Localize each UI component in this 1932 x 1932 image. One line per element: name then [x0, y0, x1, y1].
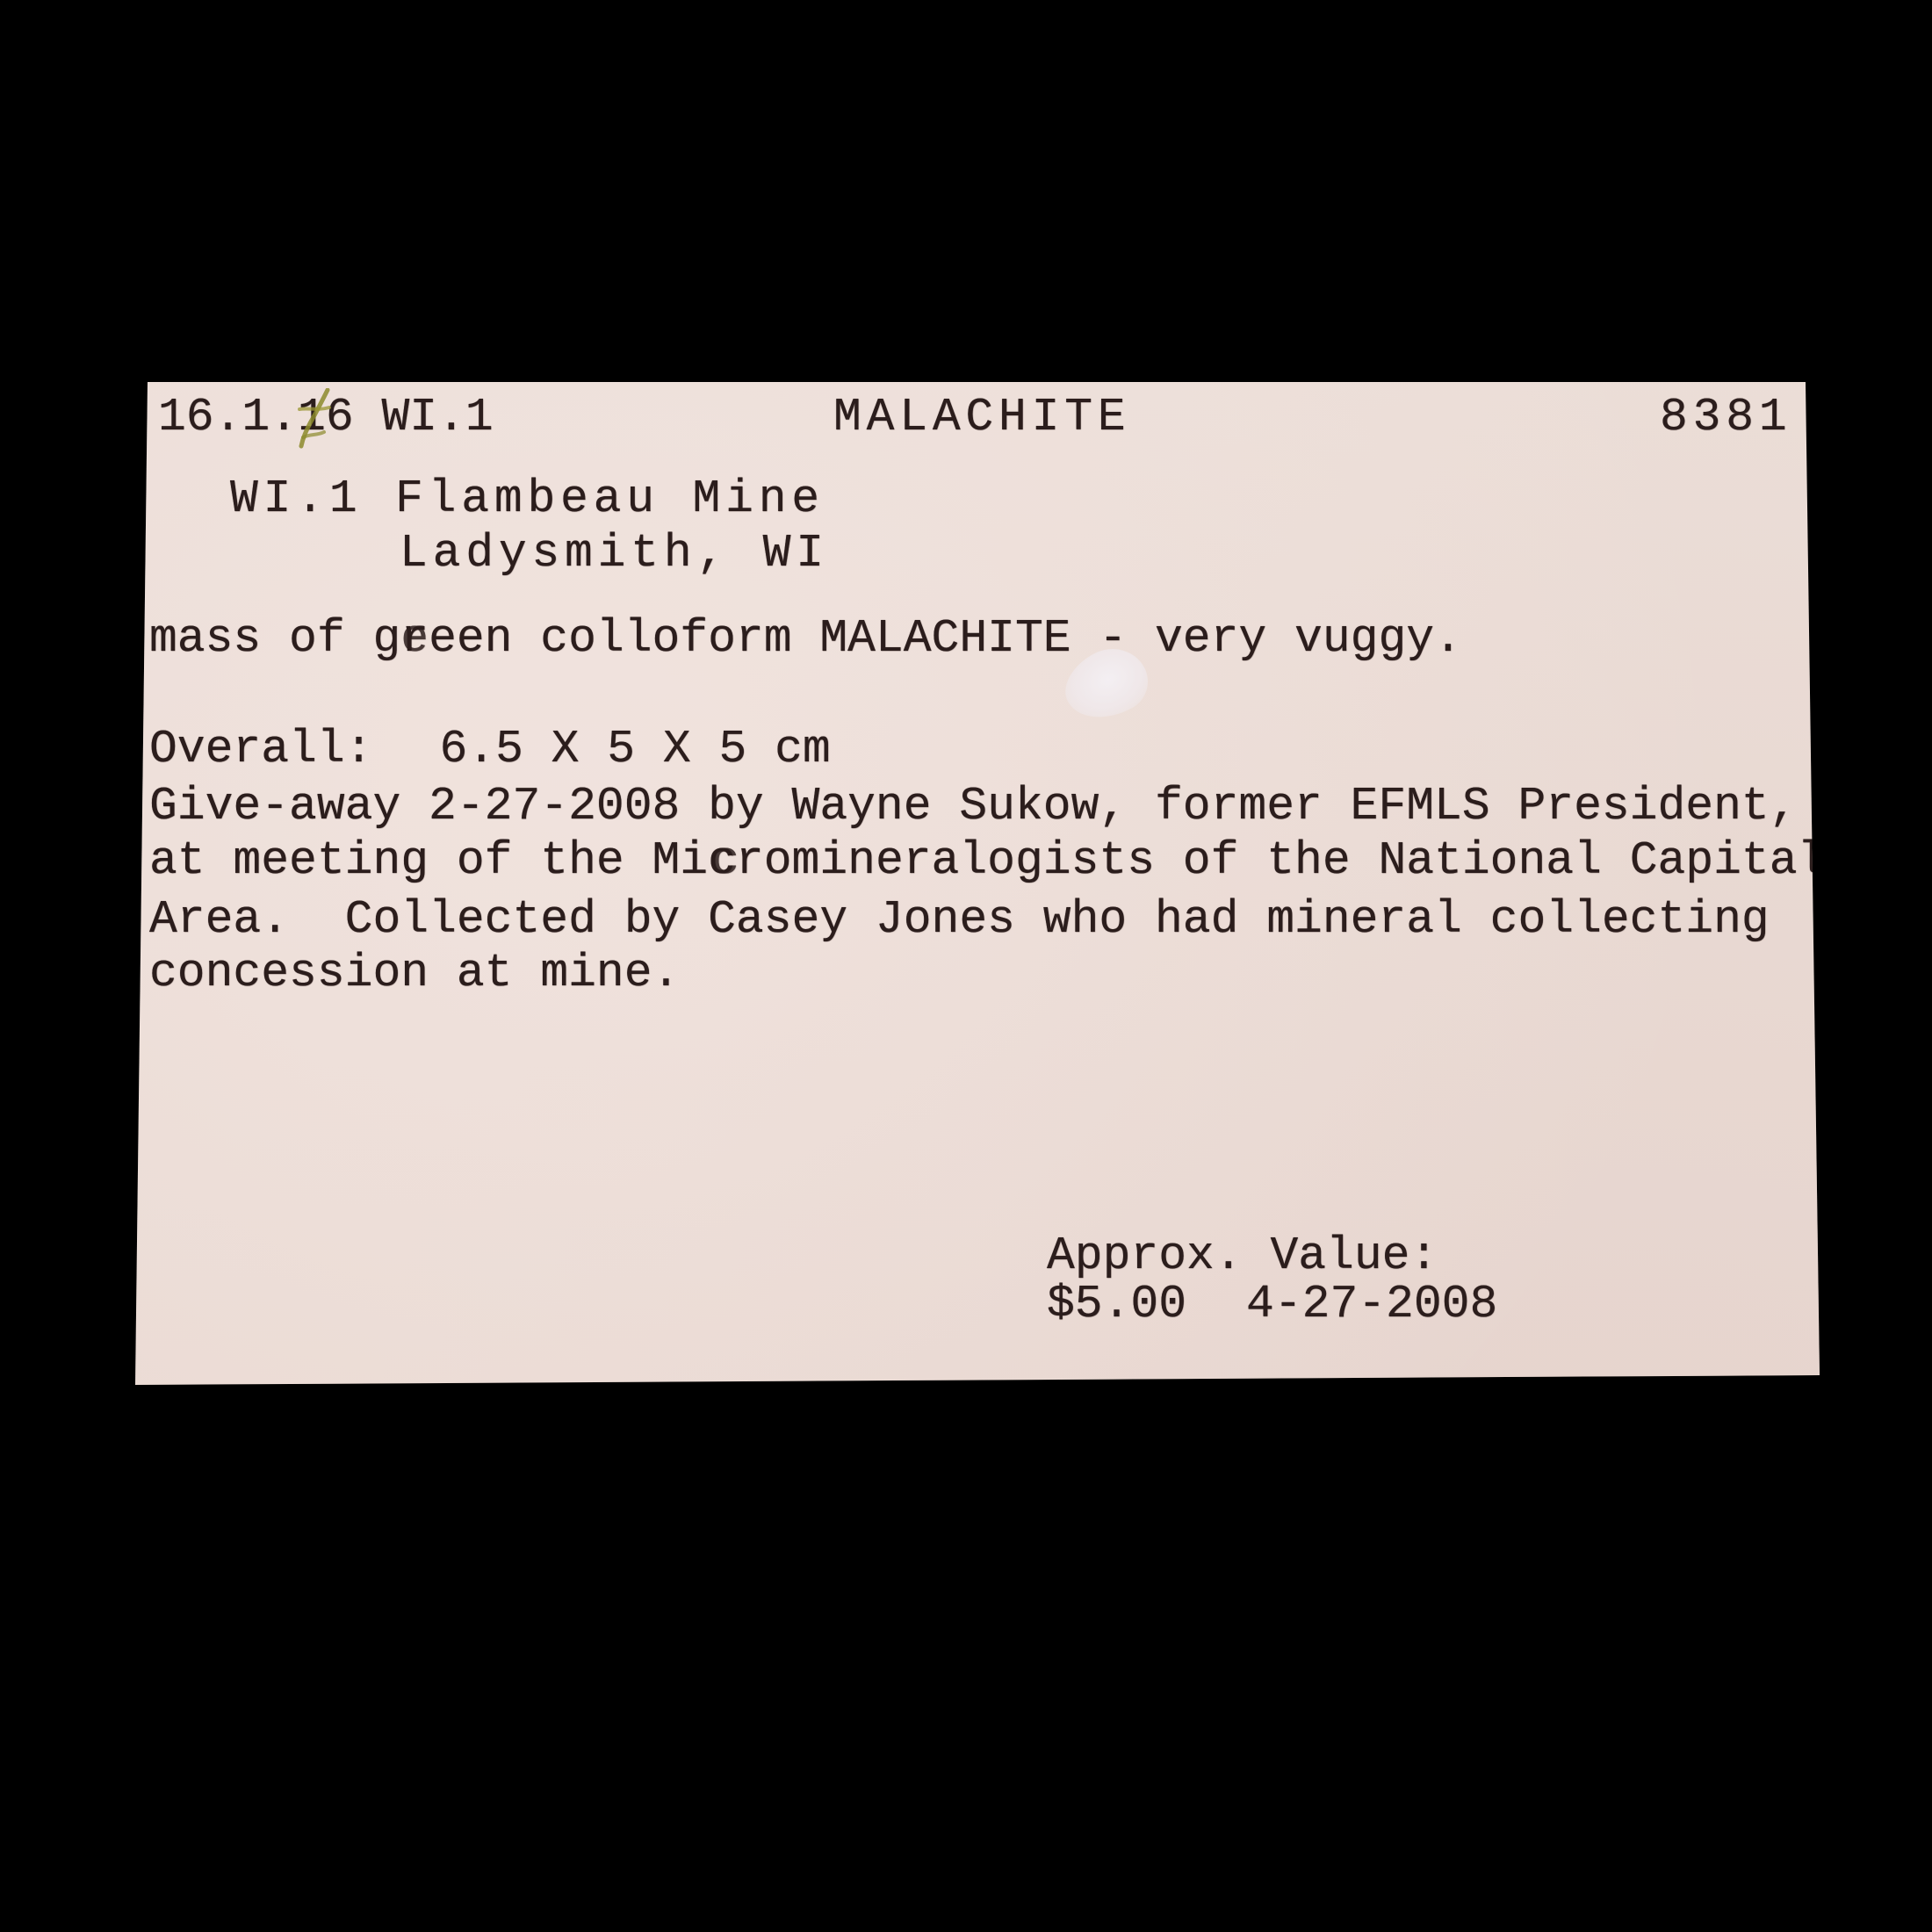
description-line: mass of greeen colloform MALACHITE - ver…: [149, 616, 1462, 662]
dimensions-label: Overall:: [149, 723, 372, 775]
locality-mine: Flambeau Mine: [395, 472, 825, 525]
locality-line: WI.1 Flambeau Mine: [230, 476, 825, 523]
overstrike-top: c: [711, 838, 739, 884]
provenance-line-1: Give-away 2-27-2008 by Wayne Sukow, form…: [149, 783, 1798, 830]
specimen-catalog-card: 16.1.16 WI.1 MALACHITE 8381 WI.1 Flambea…: [0, 0, 1932, 1932]
approx-value-date: 4-27-2008: [1246, 1278, 1497, 1330]
mineral-name-title: MALACHITE: [833, 394, 1130, 441]
dimensions-value: 6.5 X 5 X 5 cm: [439, 723, 830, 775]
locality-town: Ladysmith, WI: [400, 530, 829, 577]
description-prefix: mass of g: [149, 612, 400, 665]
dimensions-line: Overall:6.5 X 5 X 5 cm: [149, 726, 831, 773]
approx-value-label: Approx. Value:: [1047, 1233, 1438, 1280]
catalog-code: 16.1.16 WI.1: [158, 394, 494, 441]
provenance-line-2: at meeting of the Miccromineralogists of…: [149, 838, 1825, 884]
provenance-line-4: concession at mine.: [149, 950, 680, 997]
overstrike-top: e: [400, 616, 429, 662]
provenance-suffix: romineralogists of the National Capital: [736, 834, 1825, 887]
overstruck-letter: re: [400, 616, 429, 662]
provenance-line-3: Area. Collected by Casey Jones who had m…: [149, 897, 1770, 943]
approx-value-line: $5.004-27-2008: [1047, 1281, 1497, 1328]
overstruck-letter: cc: [708, 838, 736, 884]
specimen-number: 8381: [1660, 394, 1791, 441]
approx-value-amount: $5.00: [1047, 1278, 1186, 1330]
locality-code: WI.1: [230, 472, 362, 525]
description-suffix: een colloform MALACHITE - very vuggy.: [429, 612, 1462, 665]
provenance-prefix: at meeting of the Mi: [149, 834, 708, 887]
